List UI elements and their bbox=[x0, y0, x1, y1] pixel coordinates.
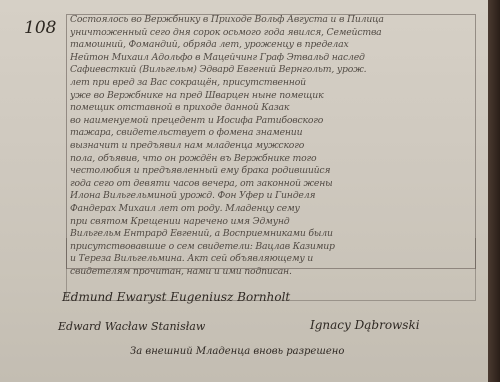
text-line: и Тереза Вильгельмина. Акт сей объявляющ… bbox=[70, 253, 478, 266]
signature-line-2-left: Edward Wacław Stanisław bbox=[58, 320, 205, 333]
text-line: пола, объявив, что он рождён въ Вержбник… bbox=[70, 153, 478, 166]
text-line: честолюбия и предъявленный ему брака род… bbox=[70, 165, 478, 178]
text-line: года сего от девяти часов вечера, от зак… bbox=[70, 178, 478, 191]
text-line: присутствовавшие о сем свидетели: Вацлав… bbox=[70, 241, 478, 254]
text-line: Фандерах Михаил лет от роду. Младенцу се… bbox=[70, 203, 478, 216]
text-line: Состоялось во Вержбнику в Приходе Вольф … bbox=[70, 14, 478, 27]
text-line: Сафиевсткий (Вильгельм) Эдвард Евгений В… bbox=[70, 64, 478, 77]
text-line: Нейтон Михаил Адольфо в Мацейчинг Граф Э… bbox=[70, 52, 478, 65]
text-line: помещик отставной в приходе данной Казак bbox=[70, 102, 478, 115]
text-line: уже во Вержбнике на пред Шварцен ныне по… bbox=[70, 90, 478, 103]
text-line: вызначит и предъявил нам младенца мужско… bbox=[70, 140, 478, 153]
text-line: лет при вред за Вас сокращён, присутстве… bbox=[70, 77, 478, 90]
text-line: уничтоженный сего дня сорок осьмого года… bbox=[70, 27, 478, 40]
document-page: 108 Состоялось во Вержбнику в Приходе Во… bbox=[0, 0, 488, 382]
text-line: при святом Крещении наречено имя Эдмунд bbox=[70, 216, 478, 229]
text-line: Илона Вильгельминой урожд. Фон Уфер и Ги… bbox=[70, 190, 478, 203]
signature-line-2-right: Ignacy Dąbrowski bbox=[310, 318, 420, 332]
text-line: тажара, свидетельствует о фомена знамени… bbox=[70, 127, 478, 140]
record-body: Состоялось во Вержбнику в Приходе Вольф … bbox=[70, 14, 478, 278]
record-number: 108 bbox=[24, 18, 56, 38]
page-edge bbox=[488, 0, 500, 382]
text-line: во наименуемой прецедент и Иосифа Ратибо… bbox=[70, 115, 478, 128]
text-line: свидетелям прочитан, нами и ими подписан… bbox=[70, 266, 478, 279]
closing-note: За внешний Младенца вновь разрешено bbox=[130, 346, 344, 357]
signature-line-1: Edmund Ewaryst Eugeniusz Bornholt bbox=[62, 290, 290, 304]
text-line: тамошний, Фомандий, обряда лет, уроженцу… bbox=[70, 39, 478, 52]
text-line: Вильгельм Ентрард Евгений, а Восприемник… bbox=[70, 228, 478, 241]
